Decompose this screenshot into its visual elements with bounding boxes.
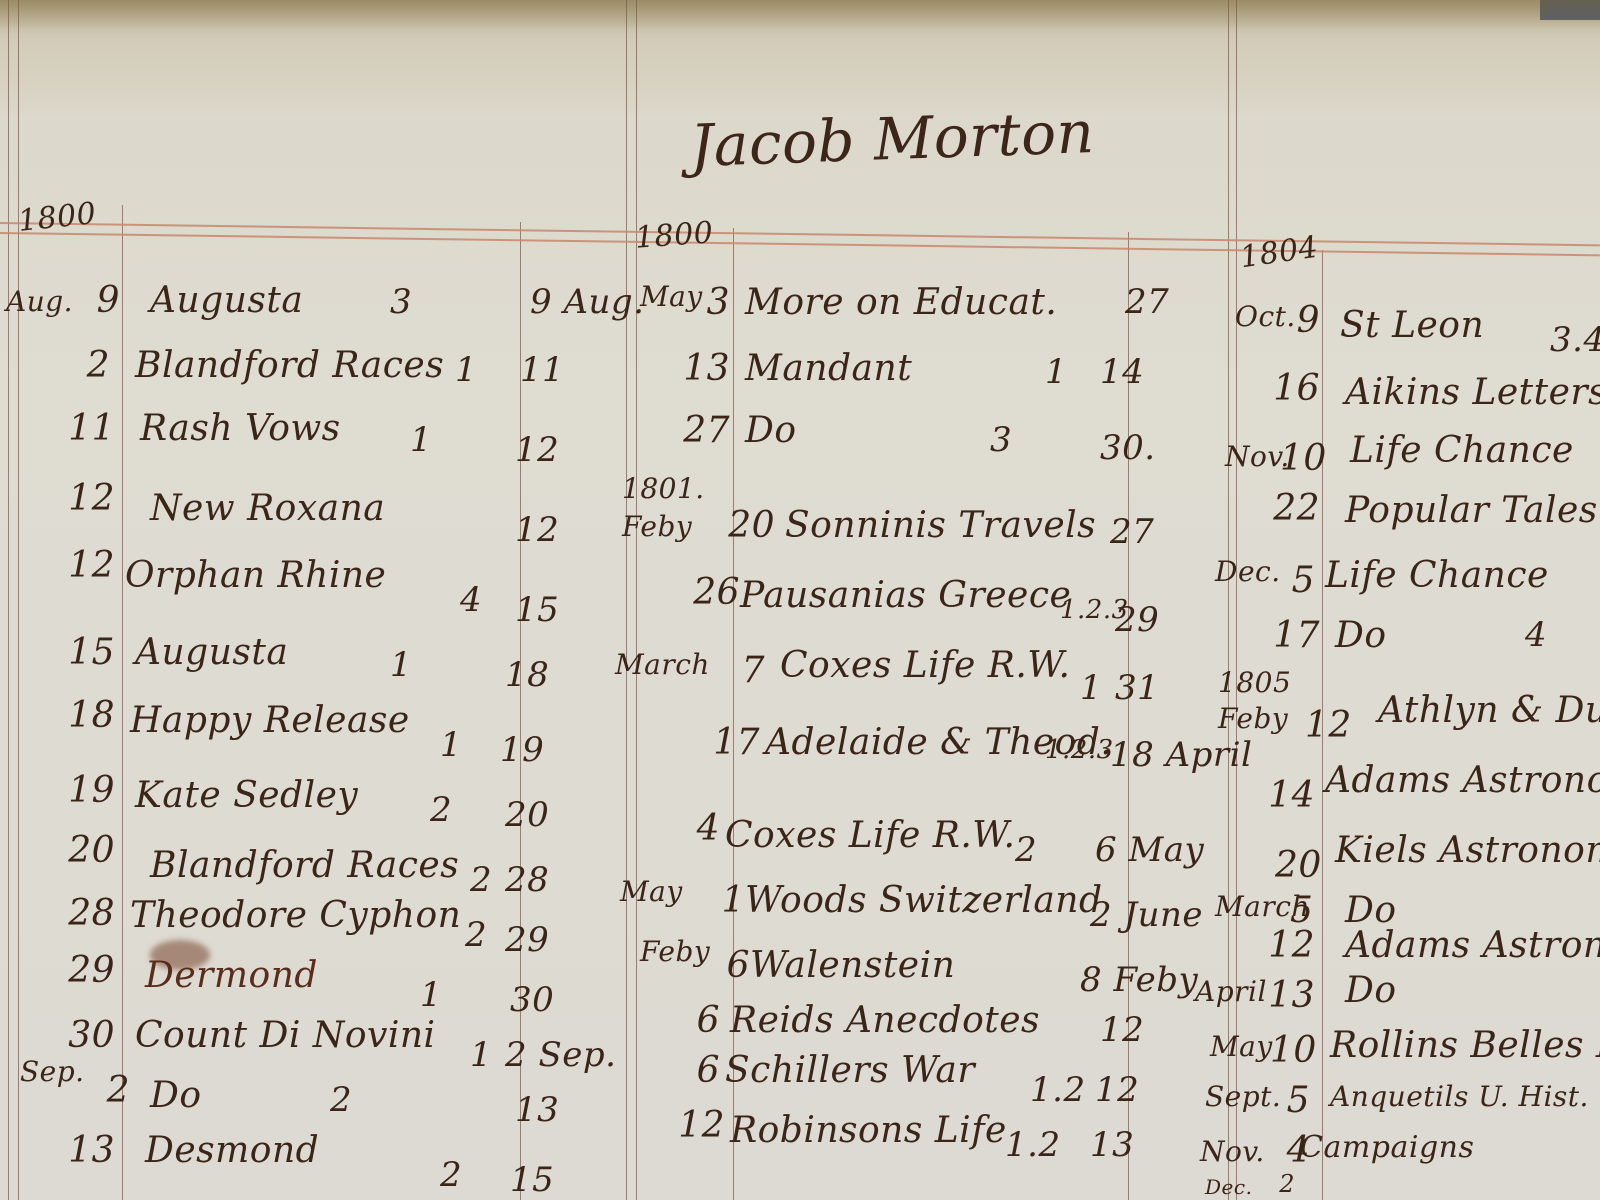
day: 20	[1275, 845, 1315, 886]
returned: 27	[1125, 282, 1169, 322]
book-title: Pausanias Greece	[740, 575, 1071, 616]
book-title: Sonninis Travels	[785, 505, 1096, 546]
account-name: Jacob Morton	[689, 98, 1096, 180]
returned: 20	[505, 795, 549, 835]
day: 22	[1260, 488, 1320, 529]
day: 11	[55, 408, 115, 449]
day: 6	[680, 1050, 720, 1091]
volumes: 2	[465, 915, 487, 955]
volumes: 1	[440, 725, 462, 765]
volumes: 1	[420, 975, 442, 1015]
returned: 19	[500, 730, 544, 770]
day: 20	[55, 830, 115, 871]
book-title: Rollins Belles Lettres	[1330, 1025, 1600, 1066]
year-label: 1800	[634, 215, 715, 255]
volumes: 1	[470, 1035, 492, 1075]
volumes: 3	[990, 420, 1012, 460]
book-title: Kate Sedley	[135, 775, 358, 816]
book-title: Life Chance	[1325, 555, 1549, 596]
day: 9	[1270, 300, 1320, 341]
day: 12	[665, 1105, 725, 1146]
volumes: 4	[1525, 615, 1547, 655]
book-title: Aikins Letters	[1345, 372, 1600, 413]
returned: 12	[1095, 1070, 1139, 1110]
day: 12	[55, 478, 115, 519]
book-title: Do	[1335, 615, 1387, 656]
book-title: Rash Vows	[140, 408, 341, 449]
day: 6	[680, 1000, 720, 1041]
column-line	[626, 0, 627, 1200]
returned: 6 May	[1095, 830, 1204, 870]
book-title: Coxes Life R.W.	[725, 815, 1015, 856]
day: 5	[1280, 1080, 1310, 1121]
book-title: Orphan Rhine	[125, 555, 386, 596]
book-title: Do	[1345, 970, 1397, 1011]
volumes: 3	[390, 282, 412, 322]
book-title: Do	[150, 1075, 202, 1116]
day: 26	[680, 572, 740, 613]
returned: 18	[505, 655, 549, 695]
column-line	[1236, 0, 1237, 1200]
book-title: Robinsons Life	[730, 1110, 1007, 1151]
volumes: 1	[390, 645, 412, 685]
book-title: Augusta	[150, 280, 303, 321]
returned: 29	[1115, 600, 1159, 640]
volumes: 2	[470, 860, 492, 900]
volumes: 1	[1045, 352, 1067, 392]
book-title: Anquetils U. Hist.	[1330, 1080, 1589, 1113]
volumes: 1	[410, 420, 432, 460]
book-title: Happy Release	[130, 700, 410, 741]
book-title: Reids Anecdotes	[730, 1000, 1040, 1041]
day: 20	[725, 505, 775, 546]
returned: 12	[1100, 1010, 1144, 1050]
book-title: Mandant	[745, 348, 912, 389]
volumes: 3.4	[1550, 320, 1600, 360]
photo-edge	[1540, 0, 1600, 20]
day: 14	[1265, 775, 1315, 816]
margin-line	[8, 0, 9, 1200]
returned: 2 Sep.	[505, 1035, 616, 1075]
volumes: 1.2.3	[1045, 735, 1114, 765]
day: 15	[55, 632, 115, 673]
month-label: 1805 Feby	[1218, 665, 1308, 737]
day: 13	[1265, 975, 1315, 1016]
book-title: More on Educat.	[745, 282, 1057, 323]
book-title: Kiels Astronomy	[1335, 830, 1600, 871]
day: 9	[60, 280, 120, 321]
month-label: March	[615, 648, 710, 681]
day: 2	[1265, 1170, 1295, 1198]
month-label: Nov.	[1200, 1135, 1265, 1168]
book-title: St Leon	[1340, 305, 1484, 346]
book-title: Desmond	[145, 1130, 319, 1171]
volumes: 2	[430, 790, 452, 830]
day: 13	[680, 348, 730, 389]
year-label: 1804	[1238, 230, 1320, 276]
volumes: 1	[455, 350, 477, 390]
day: 5	[1285, 560, 1315, 601]
returned: 11	[520, 350, 564, 390]
book-title: Adams Astronomy	[1345, 925, 1600, 966]
book-title: Campaigns	[1300, 1130, 1474, 1165]
book-title: New Roxana	[150, 488, 385, 529]
book-title: Athlyn & Dunbayne	[1378, 690, 1600, 731]
volumes: 1	[1080, 668, 1102, 708]
column-line	[122, 205, 123, 1200]
day: 29	[55, 950, 115, 991]
returned: 27	[1110, 512, 1154, 552]
book-title: Blandford Races	[150, 845, 459, 886]
returned: 15	[510, 1160, 554, 1200]
returned: 31	[1115, 668, 1159, 708]
month-label: Feby	[640, 935, 710, 968]
book-title: Adams Astronomy	[1325, 760, 1600, 801]
volumes: 1.2	[1030, 1070, 1086, 1110]
day: 19	[55, 770, 115, 811]
day: 12	[55, 545, 115, 586]
day: 18	[55, 695, 115, 736]
book-title: Theodore Cyphon	[130, 895, 461, 936]
ledger-page: Jacob Morton 1800 Aug. Sep. 9 Augusta 3 …	[0, 0, 1600, 1200]
returned: 12	[515, 510, 559, 550]
book-title: Dermond	[145, 955, 318, 996]
month-label: Dec.	[1215, 555, 1281, 588]
returned: 15	[515, 590, 559, 630]
margin-line	[18, 0, 19, 1200]
month-label: May	[620, 875, 683, 908]
returned: 12	[515, 430, 559, 470]
book-title: Coxes Life R.W.	[780, 645, 1070, 686]
day: 17	[1260, 615, 1320, 656]
book-title: Life Chance	[1350, 430, 1574, 471]
day: 3	[690, 282, 730, 323]
book-title: Walenstein	[750, 945, 955, 986]
returned: 30	[510, 980, 554, 1020]
month-label: April	[1195, 975, 1267, 1008]
book-title: Augusta	[135, 632, 288, 673]
volumes: 1.2	[1005, 1125, 1061, 1165]
day: 13	[55, 1130, 115, 1171]
returned: 28	[505, 860, 549, 900]
volumes: 4	[460, 580, 482, 620]
day: 17	[700, 722, 760, 763]
volumes: 2	[440, 1155, 462, 1195]
book-title: Woods Switzerland	[745, 880, 1103, 921]
returned: 30.	[1100, 428, 1156, 468]
day: 12	[1265, 925, 1315, 966]
returned: 13	[515, 1090, 559, 1130]
returned: 9 Aug.	[530, 282, 644, 322]
returned: 29	[505, 920, 549, 960]
column-line	[636, 0, 637, 1200]
day: 28	[55, 893, 115, 934]
day: 27	[670, 410, 730, 451]
volumes: 2	[1015, 830, 1037, 870]
book-title: Blandford Races	[135, 345, 444, 386]
returned: 18 April	[1110, 735, 1252, 775]
volumes: 2	[330, 1080, 352, 1120]
day: 6	[710, 945, 750, 986]
month-label: Dec.	[1205, 1175, 1252, 1199]
day: 10	[1270, 1030, 1310, 1071]
day: 10	[1280, 438, 1325, 479]
book-title: Count Di Novini	[135, 1015, 436, 1056]
day: 30	[55, 1015, 115, 1056]
book-title: Do	[745, 410, 797, 451]
day: 1	[715, 880, 745, 921]
column-line	[1228, 0, 1229, 1200]
day: 16	[1260, 368, 1320, 409]
day: 2	[50, 345, 110, 386]
book-title: Schillers War	[725, 1050, 975, 1091]
day: 4	[670, 808, 720, 849]
day: 2	[70, 1070, 130, 1111]
returned: 8 Feby	[1080, 960, 1198, 1000]
month-label: Sept.	[1205, 1080, 1281, 1113]
day: 7	[735, 650, 765, 691]
returned: 2 June	[1090, 895, 1203, 935]
book-title: Popular Tales	[1345, 490, 1598, 531]
returned: 13	[1090, 1125, 1134, 1165]
month-label: May	[1210, 1030, 1273, 1063]
header-rule	[0, 232, 1600, 256]
day: 12	[1305, 705, 1335, 746]
month-label: 1801. Feby	[622, 470, 732, 546]
returned: 14	[1100, 352, 1144, 392]
